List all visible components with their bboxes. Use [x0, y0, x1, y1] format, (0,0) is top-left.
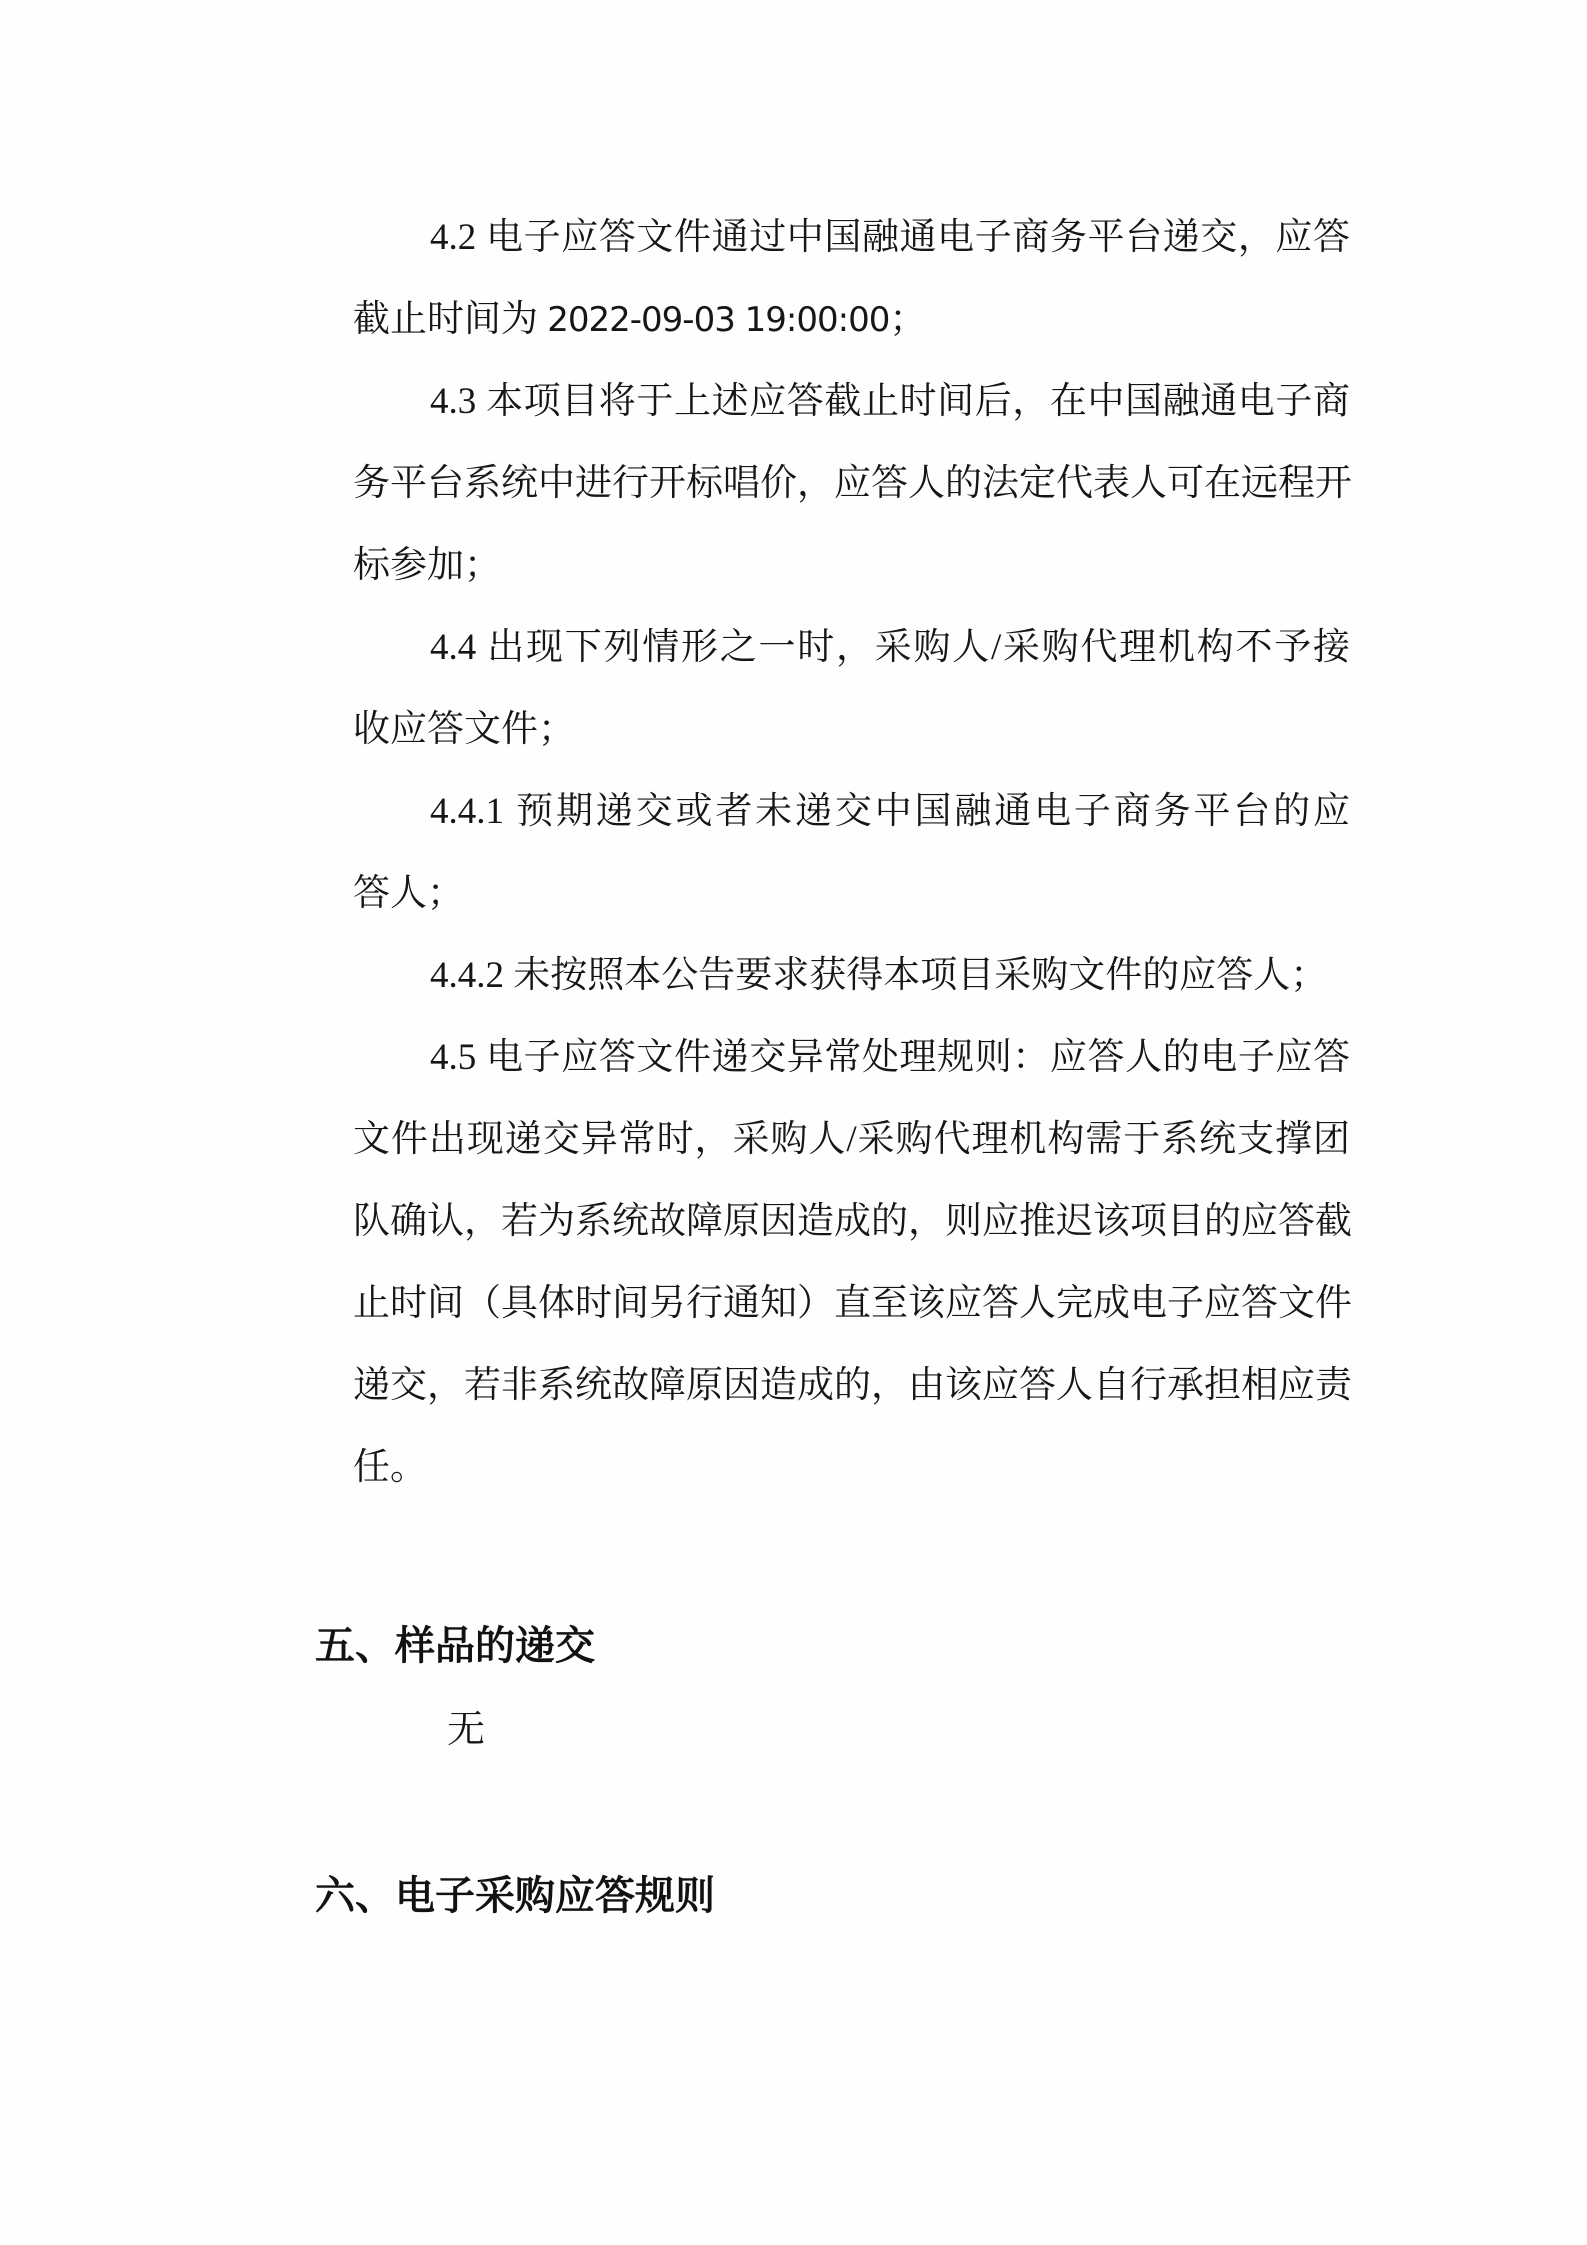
section-6-heading: 六、电子采购应答规则 [315, 1874, 715, 1918]
clause-4-2-line-2: 截止时间为 2022-09-03 19:00:00； [353, 279, 1350, 361]
clause-4-5-line-6: 任。 [353, 1427, 1350, 1509]
clause-4-2-line-1: 4.2 电子应答文件通过中国融通电子商务平台递交，应答 [353, 197, 1350, 279]
clause-4-5-line-2: 文件出现递交异常时，采购人/采购代理机构需于系统支撑团 [353, 1099, 1350, 1181]
deadline-punctuation: ； [889, 299, 926, 340]
clause-4-3-line-1: 4.3 本项目将于上述应答截止时间后，在中国融通电子商 [353, 361, 1350, 443]
document-page: 4.2 电子应答文件通过中国融通电子商务平台递交，应答 截止时间为 2022-0… [0, 0, 1587, 2245]
section-5-content-none: 无 [447, 1708, 485, 1752]
clause-4-5-line-1: 4.5 电子应答文件递交异常处理规则：应答人的电子应答 [353, 1017, 1350, 1099]
deadline-label: 截止时间为 [353, 299, 547, 340]
clause-4-3-line-3: 标参加； [353, 525, 1350, 607]
clause-4-5-line-3: 队确认，若为系统故障原因造成的，则应推迟该项目的应答截 [353, 1181, 1350, 1263]
section-5-heading: 五、样品的递交 [315, 1624, 595, 1668]
clause-4-4-1-line-2: 答人； [353, 853, 1350, 935]
deadline-datetime: 2022-09-03 19:00:00 [547, 300, 889, 340]
clause-4-4-line-1: 4.4 出现下列情形之一时，采购人/采购代理机构不予接 [353, 607, 1350, 689]
clause-4-4-2-line-1: 4.4.2 未按照本公告要求获得本项目采购文件的应答人； [353, 935, 1350, 1017]
clause-4-4-1-line-1: 4.4.1 预期递交或者未递交中国融通电子商务平台的应 [353, 771, 1350, 853]
section-4-clauses: 4.2 电子应答文件通过中国融通电子商务平台递交，应答 截止时间为 2022-0… [353, 197, 1350, 1509]
clause-4-5-line-4: 止时间（具体时间另行通知）直至该应答人完成电子应答文件 [353, 1263, 1350, 1345]
clause-4-5-line-5: 递交，若非系统故障原因造成的，由该应答人自行承担相应责 [353, 1345, 1350, 1427]
clause-4-4-line-2: 收应答文件； [353, 689, 1350, 771]
clause-4-3-line-2: 务平台系统中进行开标唱价，应答人的法定代表人可在远程开 [353, 443, 1350, 525]
